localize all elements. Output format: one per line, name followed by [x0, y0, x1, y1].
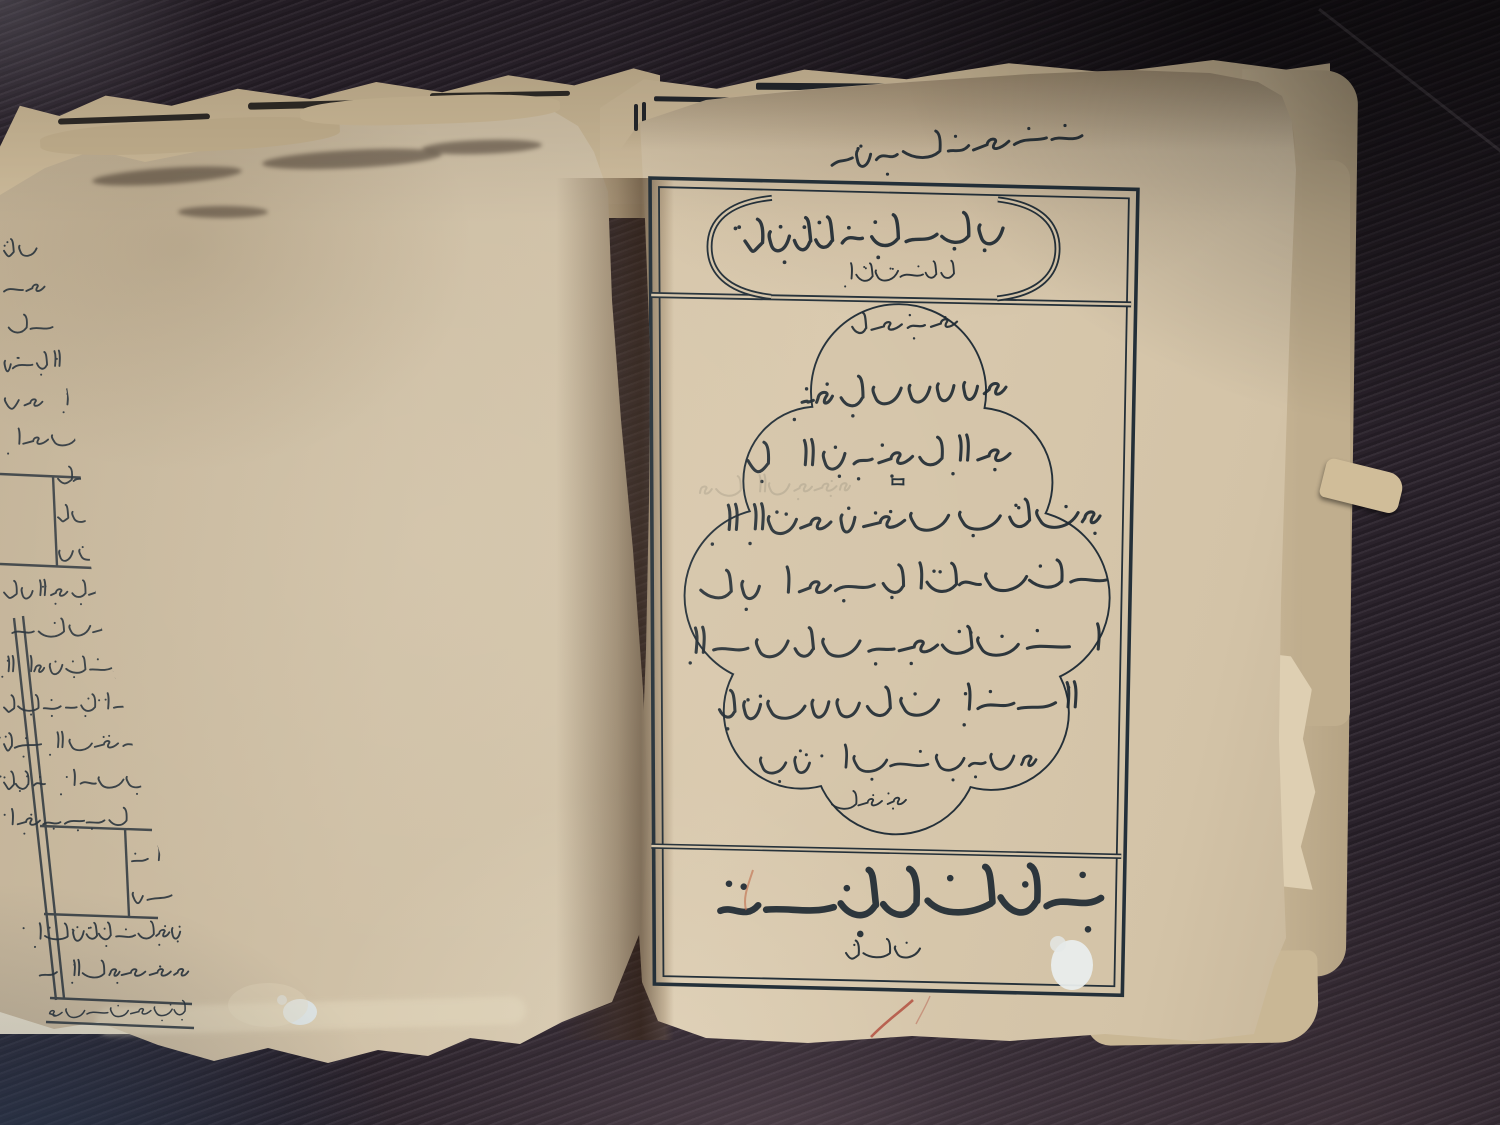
white-paint-fleck [1050, 936, 1066, 952]
printed-page-art [0, 239, 194, 1028]
red-pencil-mark [745, 870, 753, 910]
red-pencil-mark [871, 1000, 913, 1037]
printed-frame [644, 178, 1138, 995]
cloud-medallion [685, 305, 1109, 833]
imprint-band-rule [651, 846, 1121, 856]
header-band-rule [651, 295, 1131, 304]
printed-page-rules [0, 474, 194, 1028]
photo-scene: All writing is lithographed/handwritten … [0, 0, 1500, 1125]
line-art-layer [0, 0, 1500, 1125]
printed-text-rows [0, 239, 188, 1022]
header-cartouche [709, 197, 1058, 298]
blank-page-stains [228, 983, 317, 1027]
damp-stain [228, 983, 308, 1027]
red-pencil-mark [916, 996, 930, 1024]
